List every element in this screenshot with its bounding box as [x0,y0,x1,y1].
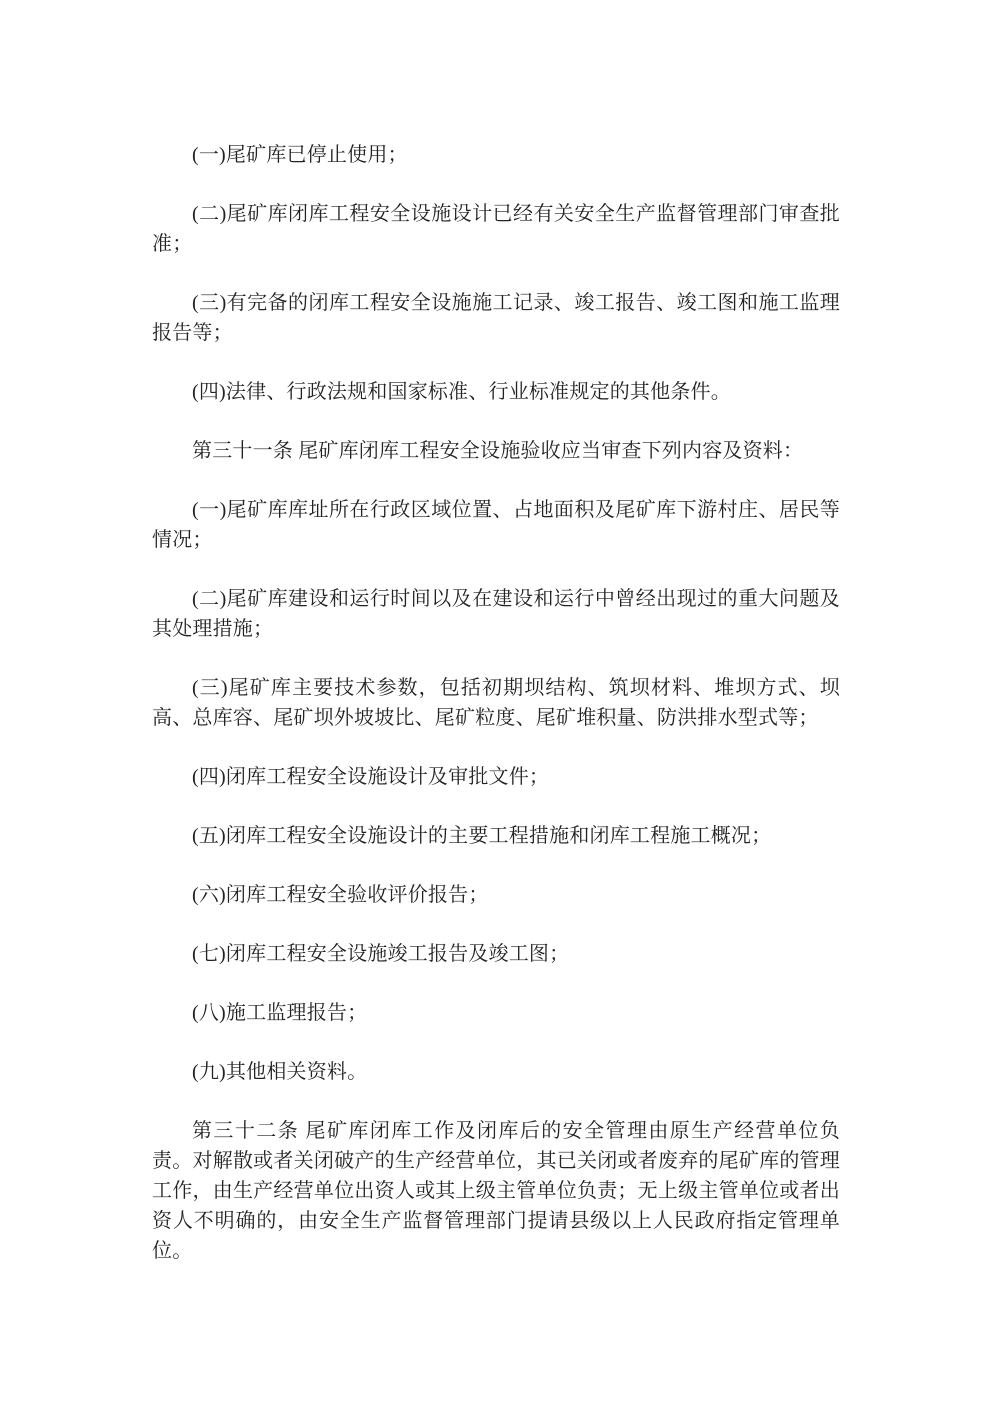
paragraph-article-32: 第三十二条 尾矿库闭库工作及闭库后的安全管理由原生产经营单位负责。对解散或者关闭… [152,1116,840,1266]
paragraph-condition-2: (二)尾矿库闭库工程安全设施设计已经有关安全生产监督管理部门审查批准； [152,199,840,259]
paragraph-condition-4: (四)法律、行政法规和国家标准、行业标准规定的其他条件。 [152,377,840,407]
paragraph-condition-3: (三)有完备的闭库工程安全设施施工记录、竣工报告、竣工图和施工监理报告等； [152,288,840,348]
paragraph-item-3: (三)尾矿库主要技术参数，包括初期坝结构、筑坝材料、堆坝方式、坝高、总库容、尾矿… [152,673,840,733]
paragraph-item-5: (五)闭库工程安全设施设计的主要工程措施和闭库工程施工概况； [152,821,840,851]
paragraph-item-8: (八)施工监理报告； [152,998,840,1028]
paragraph-item-6: (六)闭库工程安全验收评价报告； [152,880,840,910]
paragraph-item-7: (七)闭库工程安全设施竣工报告及竣工图； [152,939,840,969]
paragraph-condition-1: (一)尾矿库已停止使用； [152,140,840,170]
document-page: (一)尾矿库已停止使用； (二)尾矿库闭库工程安全设施设计已经有关安全生产监督管… [0,0,1000,1414]
paragraph-item-2: (二)尾矿库建设和运行时间以及在建设和运行中曾经出现过的重大问题及其处理措施； [152,584,840,644]
paragraph-item-1: (一)尾矿库库址所在行政区域位置、占地面积及尾矿库下游村庄、居民等情况； [152,495,840,555]
paragraph-item-4: (四)闭库工程安全设施设计及审批文件； [152,762,840,792]
paragraph-item-9: (九)其他相关资料。 [152,1057,840,1087]
paragraph-article-31: 第三十一条 尾矿库闭库工程安全设施验收应当审查下列内容及资料： [152,436,840,466]
